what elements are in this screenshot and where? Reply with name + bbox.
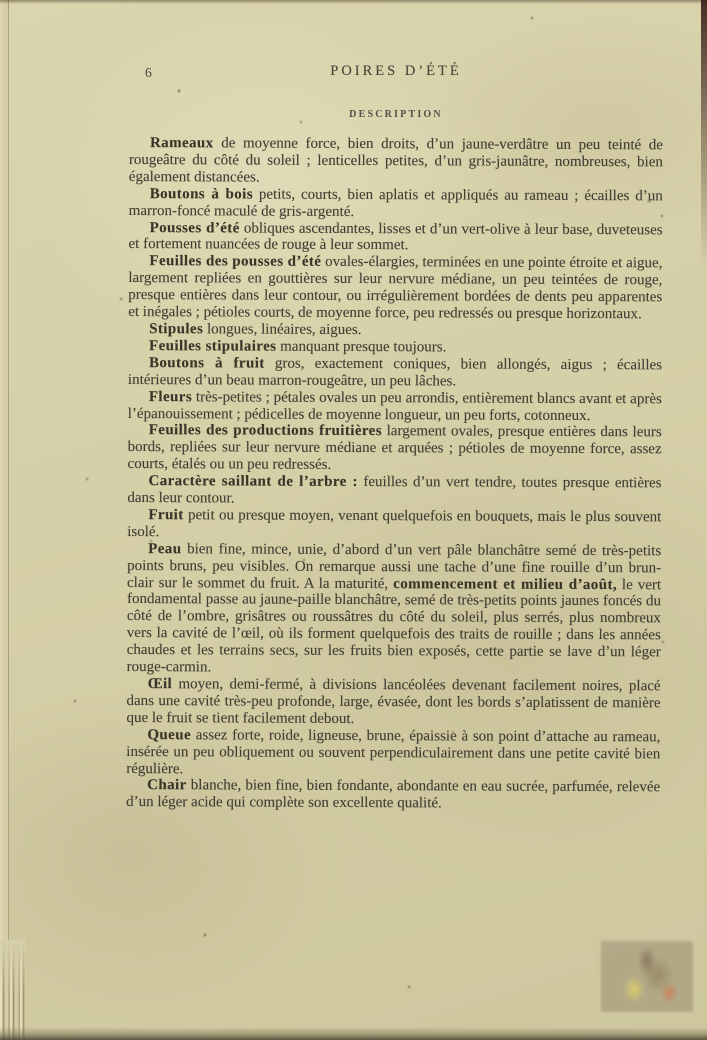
- paragraph-lead: Feuilles stipulaires: [149, 338, 276, 355]
- paragraph-lead: Boutons à bois: [150, 186, 253, 202]
- paragraph-lead: Feuilles des pousses d’été: [149, 253, 321, 270]
- running-title: POIRES D’ÉTÉ: [129, 63, 663, 80]
- paragraph-lead: Chair: [147, 778, 187, 794]
- description-paragraph: Pousses d’été obliques ascendantes, liss…: [128, 220, 662, 256]
- page-fold-left: [0, 0, 9, 1040]
- book-page: 6 POIRES D’ÉTÉ DESCRIPTION Rameaux de mo…: [0, 0, 707, 1040]
- paragraph-lead: Peau: [148, 541, 181, 557]
- description-paragraph: Feuilles des pousses d’été ovales-élargi…: [128, 253, 662, 323]
- description-paragraph: Rameaux de moyenne force, bien droits, d…: [129, 135, 663, 188]
- paragraph-lead: Pousses d’été: [150, 220, 240, 236]
- description-paragraph: Fleurs très-petites ; pétales ovales un …: [128, 389, 662, 425]
- page-number: 6: [145, 65, 152, 81]
- paragraph-text: longues, linéaires, aigues.: [203, 321, 361, 338]
- description-paragraph: Peau bien fine, mince, unie, d’abord d’u…: [127, 541, 662, 679]
- book-edge-shadow-right: [701, 0, 707, 270]
- paragraph-text: moyen, demi-fermé, à divisions lancéolée…: [126, 676, 660, 727]
- description-paragraph: Queue assez forte, roide, ligneuse, brun…: [126, 727, 660, 780]
- paragraph-text: très-petites ; pétales ovales un peu arr…: [128, 389, 662, 424]
- description-paragraph: Chair blanche, bien fine, bien fondante,…: [126, 777, 660, 813]
- page-edge-bottom: [0, 1027, 707, 1040]
- paragraph-lead: Stipules: [149, 321, 203, 337]
- paragraph-lead: Boutons à fruit: [149, 355, 265, 372]
- description-paragraph: Feuilles des productions fruitières larg…: [128, 422, 662, 475]
- section-heading: DESCRIPTION: [129, 109, 663, 120]
- paragraph-text: blanche, bien fine, bien fondante, abond…: [126, 778, 660, 812]
- scanned-book-photo: { "page": { "number": "6", "running_titl…: [0, 0, 707, 1040]
- page-edge-top: [0, 0, 707, 4]
- paragraph-lead: Œil: [148, 676, 173, 692]
- paragraph-lead: commencement et milieu d’août,: [393, 576, 617, 593]
- description-paragraph: Œil moyen, demi-fermé, à divisions lancé…: [126, 676, 660, 729]
- paragraph-lead: Fruit: [148, 507, 183, 523]
- paragraph-lead: Caractère saillant de l’arbre :: [148, 473, 358, 490]
- description-paragraph: Boutons à fruit gros, exactement conique…: [128, 355, 662, 391]
- paragraph-lead: Rameaux: [150, 135, 214, 151]
- paragraph-lead: Queue: [147, 727, 191, 743]
- description-paragraph: Fruit petit ou presque moyen, venant que…: [127, 507, 661, 543]
- stacked-page-edges: [0, 939, 26, 1040]
- paragraph-lead: Fleurs: [149, 389, 192, 405]
- paragraph-text: assez forte, roide, ligneuse, brune, épa…: [126, 727, 660, 777]
- description-text-block: Rameaux de moyenne force, bien droits, d…: [126, 135, 663, 814]
- page-header: 6 POIRES D’ÉTÉ: [129, 63, 663, 83]
- paragraph-text: manquant presque toujours.: [276, 339, 446, 356]
- description-paragraph: Boutons à bois petits, courts, bien apla…: [129, 186, 663, 222]
- pears-photo-watermark-icon: [601, 941, 693, 1012]
- description-paragraph: Caractère saillant de l’arbre : feuilles…: [127, 473, 661, 509]
- paragraph-lead: Feuilles des productions fruitières: [149, 422, 382, 439]
- paragraph-text: petit ou presque moyen, venant quelquefo…: [127, 507, 661, 540]
